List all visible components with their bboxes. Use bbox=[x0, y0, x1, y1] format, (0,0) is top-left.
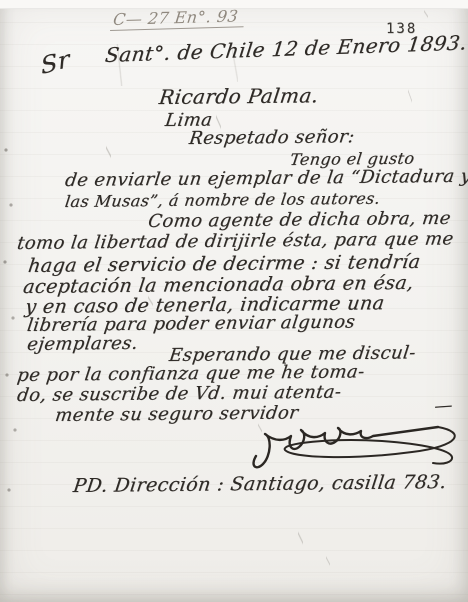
body-line: Tengo el gusto bbox=[289, 151, 416, 168]
body-line: tomo la libertad de dirijirle ésta, para… bbox=[16, 230, 455, 253]
body-line: ejemplares. bbox=[26, 335, 139, 354]
body-line: librería para poder enviar algunos bbox=[26, 314, 356, 335]
body-line: Como agente de dicha obra, me bbox=[147, 210, 452, 231]
letter-scan-page: C— 27 En°. 93 138 Sr Sant°. de Chile 12 … bbox=[0, 0, 468, 602]
addressee-abbrev: Sr bbox=[39, 47, 71, 78]
signature-flourish-icon bbox=[240, 420, 466, 474]
recipient-name: Ricardo Palma. bbox=[158, 85, 320, 107]
postscript: PD. Dirección : Santiago, casilla 783. bbox=[72, 473, 448, 496]
body-line: las Musas”, á nombre de los autores. bbox=[64, 191, 381, 210]
archival-note: C— 27 En°. 93 bbox=[110, 8, 245, 31]
body-line: de enviarle un ejemplar de la “Dictadura… bbox=[64, 168, 468, 190]
line-end-dash: — bbox=[434, 397, 453, 416]
salutation: Respetado señor: bbox=[188, 128, 356, 148]
dateline: Sant°. de Chile 12 de Enero 1893. bbox=[104, 32, 468, 65]
